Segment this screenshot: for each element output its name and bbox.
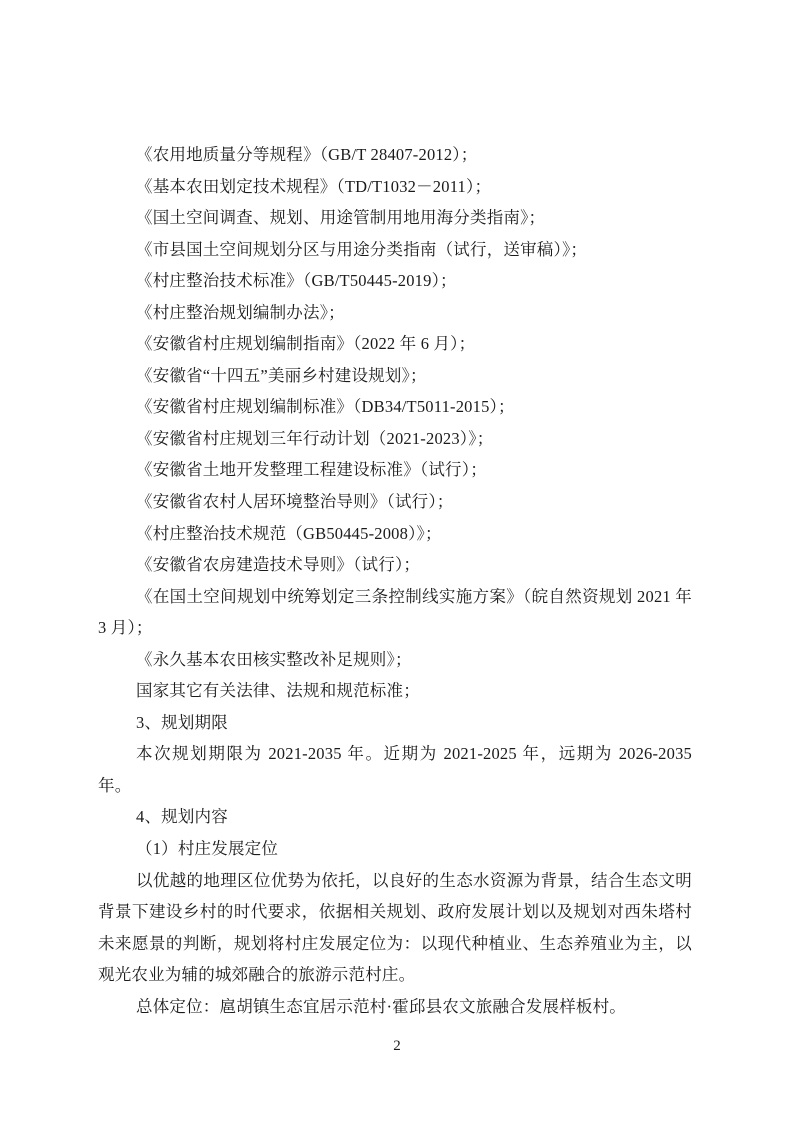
paragraph: 《永久基本农田核实整改补足规则》；	[98, 644, 692, 676]
paragraph: 《在国土空间规划中统筹划定三条控制线实施方案》（皖自然资规划 2021 年 3 …	[98, 581, 692, 644]
document-page: 《农用地质量分等规程》（GB/T 28407-2012）； 《基本农田划定技术规…	[0, 0, 794, 1122]
paragraph: 《安徽省村庄规划三年行动计划（2021-2023）》；	[98, 423, 692, 455]
paragraph: 《村庄整治技术规范（GB50445-2008）》；	[98, 518, 692, 550]
paragraph: 国家其它有关法律、法规和规范标准；	[98, 675, 692, 707]
paragraph: 《安徽省土地开发整理工程建设标准》（试行）；	[98, 454, 692, 486]
paragraph: 《安徽省村庄规划编制指南》（2022 年 6 月）；	[98, 328, 692, 360]
paragraph: （1）村庄发展定位	[98, 833, 692, 865]
paragraph: 《安徽省“十四五”美丽乡村建设规划》；	[98, 360, 692, 392]
paragraph: 4、规划内容	[98, 801, 692, 833]
paragraph: 本次规划期限为 2021-2035 年。近期为 2021-2025 年，远期为 …	[98, 738, 692, 801]
paragraph: 《农用地质量分等规程》（GB/T 28407-2012）；	[98, 139, 692, 171]
paragraph: 《基本农田划定技术规程》（TD/T1032－2011）；	[98, 171, 692, 203]
paragraph: 《村庄整治技术标准》（GB/T50445-2019）；	[98, 265, 692, 297]
paragraph: 《市县国土空间规划分区与用途分类指南（试行，送审稿）》；	[98, 234, 692, 266]
page-number: 2	[0, 1036, 794, 1056]
paragraph: 3、规划期限	[98, 707, 692, 739]
paragraph: 以优越的地理区位优势为依托，以良好的生态水资源为背景，结合生态文明背景下建设乡村…	[98, 865, 692, 991]
paragraph: 《村庄整治规划编制办法》；	[98, 297, 692, 329]
paragraph: 《安徽省村庄规划编制标准》（DB34/T5011-2015）；	[98, 391, 692, 423]
paragraph: 《安徽省农村人居环境整治导则》（试行）；	[98, 486, 692, 518]
paragraph: 总体定位：扈胡镇生态宜居示范村·霍邱县农文旅融合发展样板村。	[98, 991, 692, 1023]
paragraph: 《安徽省农房建造技术导则》（试行）；	[98, 549, 692, 581]
paragraph: 《国土空间调查、规划、用途管制用地用海分类指南》；	[98, 202, 692, 234]
document-body: 《农用地质量分等规程》（GB/T 28407-2012）； 《基本农田划定技术规…	[98, 139, 692, 1022]
